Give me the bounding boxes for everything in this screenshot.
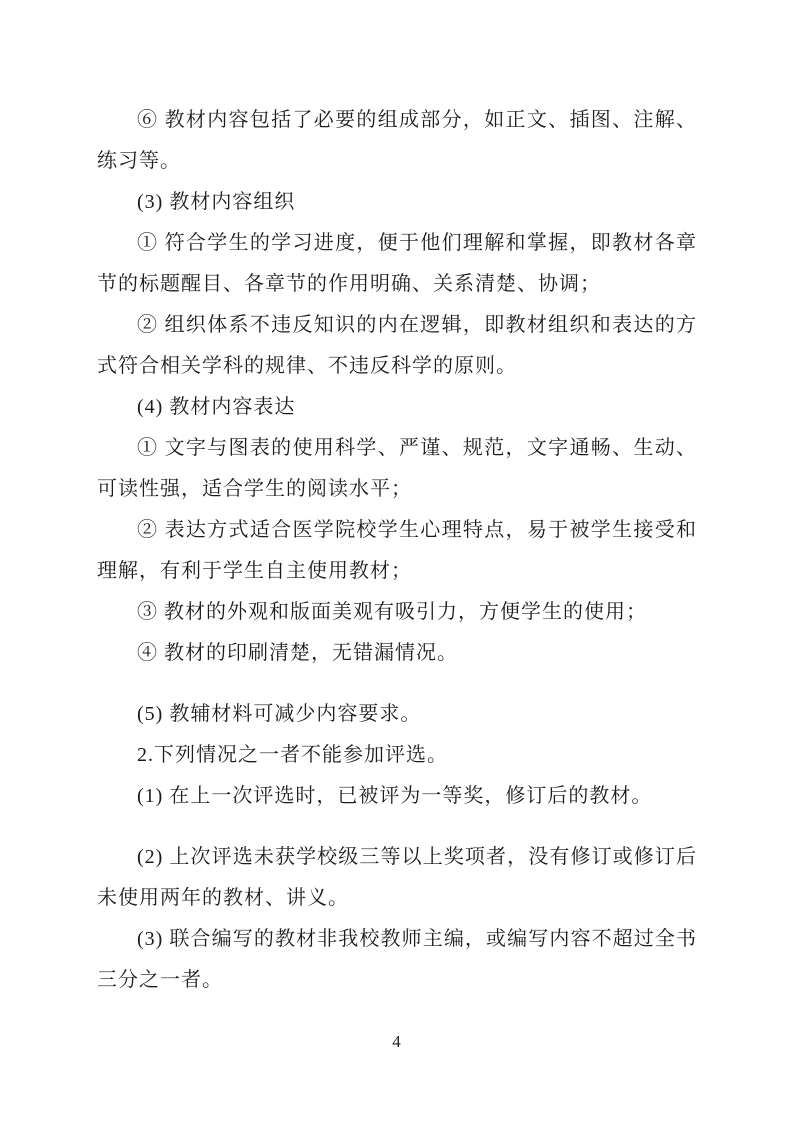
- document-body: ⑥ 教材内容包括了必要的组成部分，如正文、插图、注解、练习等。 (3) 教材内容…: [97, 100, 697, 1001]
- paragraph-circled-1b: ① 文字与图表的使用科学、严谨、规范，文字通畅、生动、可读性强，适合学生的阅读水…: [97, 428, 697, 510]
- page-footer: 4: [0, 1032, 793, 1052]
- paragraph-heading-5: (5) 教辅材料可减少内容要求。: [97, 694, 697, 735]
- paragraph-heading-4: (4) 教材内容表达: [97, 387, 697, 428]
- paragraph-circled-6: ⑥ 教材内容包括了必要的组成部分，如正文、插图、注解、练习等。: [97, 100, 697, 182]
- page-number: 4: [392, 1032, 401, 1051]
- paragraph-circled-2a: ② 组织体系不违反知识的内在逻辑，即教材组织和表达的方式符合相关学科的规律、不违…: [97, 305, 697, 387]
- paragraph-sub-3: (3) 联合编写的教材非我校教师主编，或编写内容不超过全书三分之一者。: [97, 919, 697, 1001]
- paragraph-circled-1a: ① 符合学生的学习进度，便于他们理解和掌握，即教材各章节的标题醒目、各章节的作用…: [97, 223, 697, 305]
- paragraph-circled-2b: ② 表达方式适合医学院校学生心理特点，易于被学生接受和理解，有利于学生自主使用教…: [97, 510, 697, 592]
- paragraph-circled-3b: ③ 教材的外观和版面美观有吸引力，方便学生的使用；: [97, 592, 697, 633]
- paragraph-sub-2: (2) 上次评选未获学校级三等以上奖项者，没有修订或修订后未使用两年的教材、讲义…: [97, 837, 697, 919]
- paragraph-circled-4b: ④ 教材的印刷清楚，无错漏情况。: [97, 633, 697, 674]
- paragraph-item-2: 2.下列情况之一者不能参加评选。: [97, 735, 697, 776]
- paragraph-sub-1: (1) 在上一次评选时，已被评为一等奖，修订后的教材。: [97, 776, 697, 817]
- paragraph-heading-3: (3) 教材内容组织: [97, 182, 697, 223]
- document-page: ⑥ 教材内容包括了必要的组成部分，如正文、插图、注解、练习等。 (3) 教材内容…: [0, 0, 793, 1122]
